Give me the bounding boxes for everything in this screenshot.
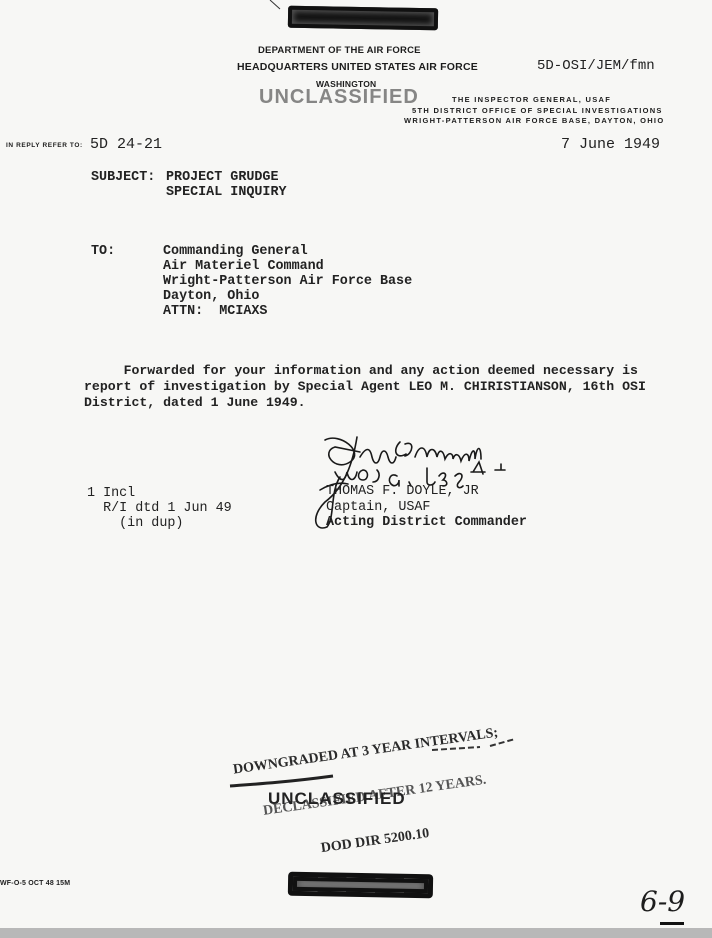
- redaction-bar-top: [288, 6, 438, 31]
- signer-title: Acting District Commander: [326, 515, 527, 530]
- stamp-smudge-line: [228, 772, 338, 790]
- reference-label: IN REPLY REFER TO:: [6, 142, 83, 149]
- subject-line-1: PROJECT GRUDGE: [166, 170, 279, 185]
- enclosure-line-2: R/I dtd 1 Jun 49: [87, 501, 232, 516]
- classification-stamp-bottom: UNCLASSIFIED: [268, 789, 406, 809]
- office-line-1: THE INSPECTOR GENERAL, USAF: [452, 95, 611, 104]
- to-line-4: Dayton, Ohio: [163, 289, 259, 304]
- subject-label: SUBJECT:: [91, 170, 155, 185]
- body-line-2: report of investigation by Special Agent…: [84, 379, 646, 394]
- letterhead-department: DEPARTMENT OF THE AIR FORCE: [258, 45, 421, 56]
- reference-number: 5D 24-21: [90, 136, 162, 153]
- stray-mark: [268, 0, 288, 10]
- page-number-underline: [660, 922, 684, 925]
- body-line-1: Forwarded for your information and any a…: [84, 363, 638, 378]
- body-line-3: District, dated 1 June 1949.: [84, 395, 306, 410]
- to-line-1: Commanding General: [163, 244, 308, 259]
- office-line-2: 5TH DISTRICT OFFICE OF SPECIAL INVESTIGA…: [412, 106, 663, 115]
- enclosure-line-3: (in dup): [87, 516, 183, 531]
- letter-date: 7 June 1949: [561, 136, 660, 153]
- enclosure-line-1: 1 Incl: [87, 486, 135, 501]
- to-line-3: Wright-Patterson Air Force Base: [163, 274, 412, 289]
- office-line-3: WRIGHT-PATTERSON AIR FORCE BASE, DAYTON,…: [404, 116, 664, 125]
- stamp-dash-line: [430, 735, 520, 755]
- signer-name: THOMAS F. DOYLE, JR: [326, 484, 479, 499]
- file-code: 5D-OSI/JEM/fmn: [537, 58, 655, 74]
- to-label: TO:: [91, 244, 115, 259]
- form-number: WF-O-5 OCT 48 15M: [0, 880, 70, 887]
- downgrade-line-3: DOD DIR 5200.10: [320, 804, 587, 856]
- scan-edge: [0, 928, 712, 938]
- to-line-2: Air Materiel Command: [163, 259, 324, 274]
- subject-line-2: SPECIAL INQUIRY: [166, 185, 287, 200]
- to-line-5: ATTN: MCIAXS: [163, 304, 267, 319]
- redaction-bar-bottom: [288, 872, 433, 899]
- document-page: DEPARTMENT OF THE AIR FORCE HEADQUARTERS…: [0, 0, 712, 938]
- page-number: 6-9: [640, 885, 685, 918]
- classification-stamp-top: UNCLASSIFIED: [259, 86, 419, 109]
- letterhead-headquarters: HEADQUARTERS UNITED STATES AIR FORCE: [237, 61, 478, 73]
- signer-rank: Captain, USAF: [326, 500, 430, 515]
